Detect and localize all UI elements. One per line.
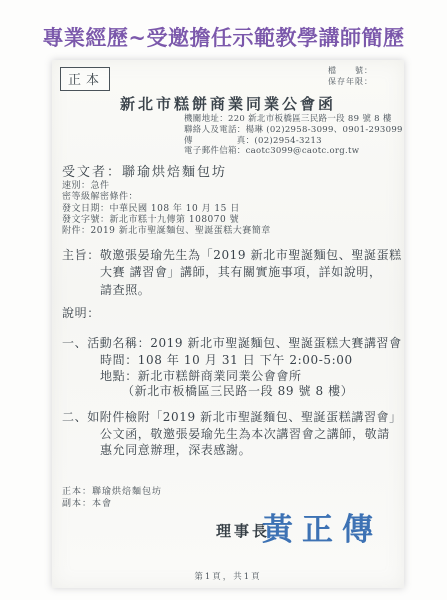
subject-text-1: 敬邀張晏瑜先生為「2019 新北市聖誕麵包、聖誕蛋糕 (100, 248, 402, 262)
subject-line-3: 請查照。 (100, 281, 150, 298)
chairman-signature: 黃正傳 (262, 504, 382, 549)
item1-line-2: 時間：108 年 10 月 31 日 下午 2:00-5:00 (100, 351, 353, 368)
org-address: 機關地址：220 新北市板橋區三民路一段 89 號 8 樓 (184, 114, 403, 125)
original-copy-stamp: 正本 (60, 67, 110, 91)
ref-number-line: 發文字號：新北市糕十九傳第 108070 號 (62, 215, 271, 226)
file-reference-block: 檔 號： 保存年限： (328, 65, 373, 87)
security-line: 密等級解密條件： (62, 192, 271, 203)
item2-label: 二、 (62, 410, 87, 424)
item1-line-4: （新北市板橋區三民路一段 89 號 8 樓） (122, 382, 353, 399)
copy-recipient-line: 副本：本會 (62, 499, 162, 511)
priority-line: 速別：急件 (62, 181, 271, 192)
recipient-line: 受文者：聯瑜烘焙麵包坊 (62, 161, 227, 180)
item1-label: 一、 (62, 336, 87, 350)
subject-line-1: 主旨：敬邀張晏瑜先生為「2019 新北市聖誕麵包、聖誕蛋糕 (62, 246, 402, 263)
attachment-line: 附件：2019 新北市聖誕麵包、聖誕蛋糕大賽簡章 (62, 226, 271, 237)
item2-line-1: 二、如附件檢附「2019 新北市聖誕麵包、聖誕蛋糕講習會」 (62, 408, 402, 425)
subject-line-2: 大賽 講習會」講師，其有關實施事項，詳如說明， (100, 263, 382, 280)
scanned-letter: 正本 檔 號： 保存年限： 新北市糕餅商業同業公會函 機關地址：220 新北市板… (52, 60, 404, 588)
item2-line-3: 惠允同意辦理，深表感謝。 (100, 441, 251, 458)
retention-period-label: 保存年限： (328, 76, 373, 87)
org-fax: 傳 真：(02)2954-3213 (184, 136, 403, 147)
issuing-org-heading: 新北市糕餅商業同業公會函 (52, 93, 404, 114)
item2-text-1: 如附件檢附「2019 新北市聖誕麵包、聖誕蛋糕講習會」 (87, 410, 402, 424)
distribution-block: 正本：聯瑜烘焙麵包坊 副本：本會 (62, 487, 162, 510)
item1-text-1: 活動名稱：2019 新北市聖誕麵包、聖誕蛋糕大賽講習會 (87, 336, 402, 350)
explanation-label: 說明： (62, 304, 100, 321)
issue-date-line: 發文日期：中華民國 108 年 10 月 15 日 (62, 204, 271, 215)
meta-block: 速別：急件 密等級解密條件： 發文日期：中華民國 108 年 10 月 15 日… (62, 181, 271, 237)
org-contact-phone: 聯絡人及電話：楊琳 (02)2958-3099、0901-293099 (184, 125, 403, 136)
file-number-label: 檔 號： (328, 65, 373, 76)
page-title: 專業經歷~受邀擔任示範教學講師簡歷 (0, 22, 447, 52)
item1-line-1: 一、活動名稱：2019 新北市聖誕麵包、聖誕蛋糕大賽講習會 (62, 334, 402, 351)
item2-line-2: 公文函，敬邀張晏瑜先生為本次講習會之講師，敬請 (100, 425, 390, 442)
org-email: 電子郵件信箱：caotc3099@caotc.org.tw (184, 146, 403, 157)
page-number-footer: 第1頁，共1頁 (52, 570, 404, 582)
subject-label: 主旨： (62, 248, 100, 262)
original-recipient-line: 正本：聯瑜烘焙麵包坊 (62, 487, 162, 499)
org-contact-block: 機關地址：220 新北市板橋區三民路一段 89 號 8 樓 聯絡人及電話：楊琳 … (184, 114, 403, 157)
